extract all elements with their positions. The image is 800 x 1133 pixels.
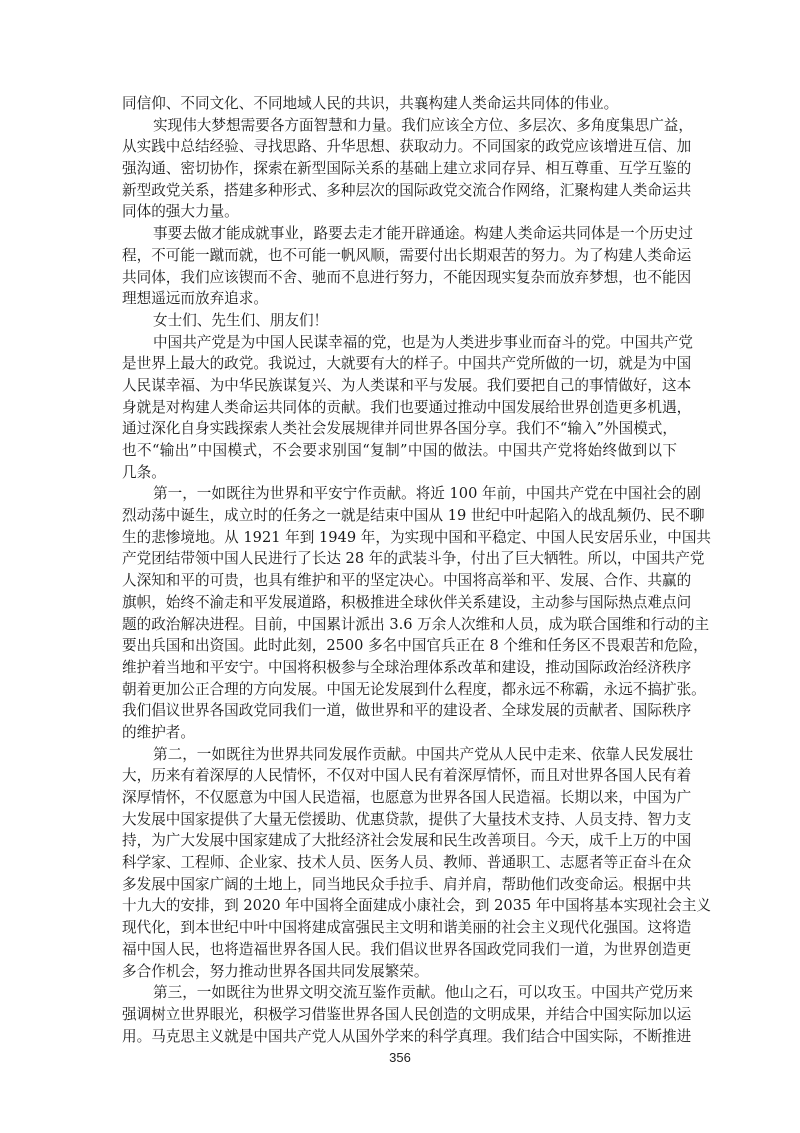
paragraph: 第一，一如既往为世界和平安宁作贡献。将近 100 年前，中国共产党在中国社会的剧… [122,483,677,743]
text-line: 中国共产党是为中国人民谋幸福的党，也是为人类进步事业而奋斗的党。中国共产党 [122,332,677,354]
text-line: 维护着当地和平安宁。中国将积极参与全球治理体系改革和建设，推动国际政治经济秩序 [122,657,677,679]
text-line: 共同体，我们应该锲而不舍、驰而不息进行努力，不能因现实复杂而放弃梦想，也不能因 [122,267,677,289]
text-line: 生的悲惨境地。从 1921 年到 1949 年，为实现中国和平稳定、中国人民安居… [122,527,677,549]
paragraph: 实现伟大梦想需要各方面智慧和力量。我们应该全方位、多层次、多角度集思广益，从实践… [122,115,677,223]
text-line: 十九大的安排，到 2020 年中国将全面建成小康社会，到 2035 年中国将基本… [122,895,677,917]
text-line: 人深知和平的可贵，也具有维护和平的坚定决心。中国将高举和平、发展、合作、共赢的 [122,570,677,592]
text-line: 实现伟大梦想需要各方面智慧和力量。我们应该全方位、多层次、多角度集思广益， [122,115,677,137]
text-line: 也不“输出”中国模式，不会要求别国“复制”中国的做法。中国共产党将始终做到以下 [122,440,677,462]
paragraph: 同信仰、不同文化、不同地域人民的共识，共襄构建人类命运共同体的伟业。 [122,93,677,115]
text-line: 持，为广大发展中国家建成了大批经济社会发展和民生改善项目。今天，成千上万的中国 [122,830,677,852]
text-line: 同体的强大力量。 [122,201,677,223]
text-line: 同信仰、不同文化、不同地域人民的共识，共襄构建人类命运共同体的伟业。 [122,93,677,115]
text-line: 大发展中国家提供了大量无偿援助、优惠贷款，提供了大量技术支持、人员支持、智力支 [122,809,677,831]
page-number: 356 [0,1050,800,1065]
text-line: 福中国人民，也将造福世界各国人民。我们倡议世界各国政党同我们一道，为世界创造更 [122,939,677,961]
paragraph: 第三，一如既往为世界文明交流互鉴作贡献。他山之石，可以攻玉。中国共产党历来强调树… [122,982,677,1047]
paragraph: 女士们、先生们、朋友们！ [122,310,677,332]
text-line: 用。马克思主义就是中国共产党人从国外学来的科学真理。我们结合中国实际，不断推进 [122,1026,677,1048]
text-line: 朝着更加公正合理的方向发展。中国无论发展到什么程度，都永远不称霸，永远不搞扩张。 [122,679,677,701]
text-line: 女士们、先生们、朋友们！ [122,310,677,332]
text-line: 我们倡议世界各国政党同我们一道，做世界和平的建设者、全球发展的贡献者、国际秩序 [122,700,677,722]
body-text: 同信仰、不同文化、不同地域人民的共识，共襄构建人类命运共同体的伟业。实现伟大梦想… [122,93,677,1047]
text-line: 程，不可能一蹴而就，也不可能一帆风顺，需要付出长期艰苦的努力。为了构建人类命运 [122,245,677,267]
text-line: 现代化，到本世纪中叶中国将建成富强民主文明和谐美丽的社会主义现代化强国。这将造 [122,917,677,939]
paragraph: 中国共产党是为中国人民谋幸福的党，也是为人类进步事业而奋斗的党。中国共产党是世界… [122,332,677,484]
text-line: 旗帜，始终不渝走和平发展道路，积极推进全球伙伴关系建设，主动参与国际热点难点问 [122,592,677,614]
text-line: 的维护者。 [122,722,677,744]
text-line: 烈动荡中诞生，成立时的任务之一就是结束中国从 19 世纪中叶起陷入的战乱频仍、民… [122,505,677,527]
text-line: 人民谋幸福、为中华民族谋复兴、为人类谋和平与发展。我们要把自己的事情做好，这本 [122,375,677,397]
text-line: 从实践中总结经验、寻找思路、升华思想、获取动力。不同国家的政党应该增进互信、加 [122,136,677,158]
document-page: 同信仰、不同文化、不同地域人民的共识，共襄构建人类命运共同体的伟业。实现伟大梦想… [0,0,800,1133]
text-line: 强调树立世界眼光，积极学习借鉴世界各国人民创造的文明成果，并结合中国实际加以运 [122,1004,677,1026]
text-line: 多合作机会，努力推动世界各国共同发展繁荣。 [122,961,677,983]
text-line: 产党团结带领中国人民进行了长达 28 年的武装斗争，付出了巨大牺牲。所以，中国共… [122,548,677,570]
text-line: 第一，一如既往为世界和平安宁作贡献。将近 100 年前，中国共产党在中国社会的剧 [122,483,677,505]
text-line: 题的政治解决进程。目前，中国累计派出 3.6 万余人次维和人员，成为联合国维和行… [122,614,677,636]
text-line: 大，历来有着深厚的人民情怀，不仅对中国人民有着深厚情怀，而且对世界各国人民有着 [122,765,677,787]
text-line: 科学家、工程师、企业家、技术人员、医务人员、教师、普通职工、志愿者等正奋斗在众 [122,852,677,874]
text-line: 是世界上最大的政党。我说过，大就要有大的样子。中国共产党所做的一切，就是为中国 [122,353,677,375]
text-line: 事要去做才能成就事业，路要去走才能开辟通途。构建人类命运共同体是一个历史过 [122,223,677,245]
text-line: 要出兵国和出资国。此时此刻，2500 多名中国官兵正在 8 个维和任务区不畏艰苦… [122,635,677,657]
text-line: 强沟通、密切协作，探索在新型国际关系的基础上建立求同存异、相互尊重、互学互鉴的 [122,158,677,180]
text-line: 通过深化自身实践探索人类社会发展规律并同世界各国分享。我们不“输入”外国模式， [122,418,677,440]
text-line: 第三，一如既往为世界文明交流互鉴作贡献。他山之石，可以攻玉。中国共产党历来 [122,982,677,1004]
text-line: 深厚情怀，不仅愿意为中国人民造福，也愿意为世界各国人民造福。长期以来，中国为广 [122,787,677,809]
text-line: 理想遥远而放弃追求。 [122,288,677,310]
paragraph: 事要去做才能成就事业，路要去走才能开辟通途。构建人类命运共同体是一个历史过程，不… [122,223,677,310]
text-line: 几条。 [122,462,677,484]
text-line: 身就是对构建人类命运共同体的贡献。我们也要通过推动中国发展给世界创造更多机遇， [122,397,677,419]
paragraph: 第二，一如既往为世界共同发展作贡献。中国共产党从人民中走来、依靠人民发展壮大，历… [122,744,677,983]
text-line: 多发展中国家广阔的土地上，同当地民众手拉手、肩并肩，帮助他们改变命运。根据中共 [122,874,677,896]
text-line: 第二，一如既往为世界共同发展作贡献。中国共产党从人民中走来、依靠人民发展壮 [122,744,677,766]
text-line: 新型政党关系，搭建多种形式、多种层次的国际政党交流合作网络，汇聚构建人类命运共 [122,180,677,202]
